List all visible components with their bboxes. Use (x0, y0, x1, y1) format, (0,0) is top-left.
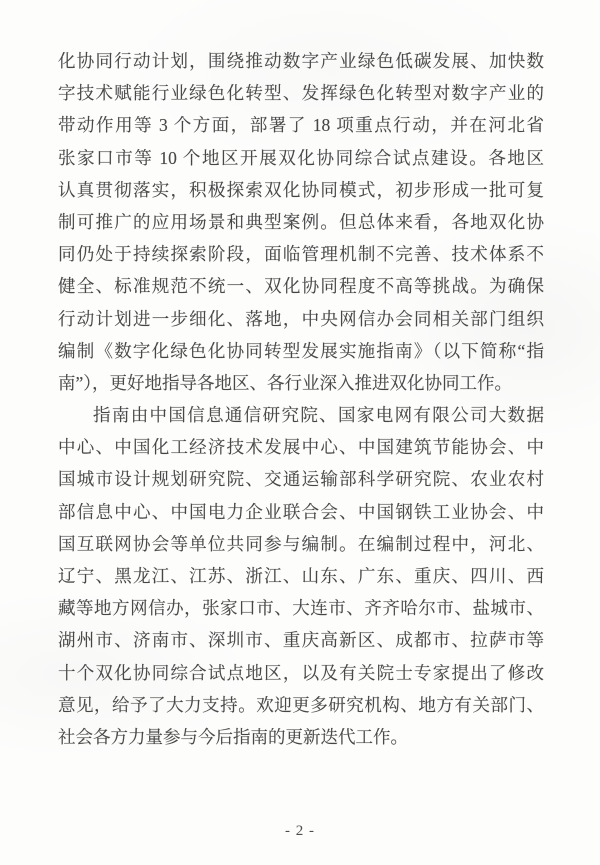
text-line: 张家口市等 10 个地区开展双化协同综合试点建设。各地区 (58, 142, 544, 174)
text-line: 意见，给予了大力支持。欢迎更多研究机构、地方有关部门、 (58, 689, 544, 721)
text-line: 健全、标准规范不统一、双化协同程度不高等挑战。为确保 (58, 270, 544, 302)
text-line: 编制《数字化绿色化协同转型发展实施指南》（以下简称“指 (58, 335, 544, 367)
text-line: 字技术赋能行业绿色化转型、发挥绿色化转型对数字产业的 (58, 77, 544, 109)
text-line: 十个双化协同综合试点地区，以及有关院士专家提出了修改 (58, 657, 544, 689)
text-line: 同仍处于持续探索阶段，面临管理机制不完善、技术体系不 (58, 238, 544, 270)
text-line: 制可推广的应用场景和典型案例。但总体来看，各地双化协 (58, 206, 544, 238)
text-line: 指南由中国信息通信研究院、国家电网有限公司大数据 (58, 399, 544, 431)
text-line: 社会各方力量参与今后指南的更新迭代工作。 (58, 721, 544, 753)
text-line: 国互联网协会等单位共同参与编制。在编制过程中，河北、 (58, 528, 544, 560)
text-line: 国城市设计规划研究院、交通运输部科学研究院、农业农村 (58, 463, 544, 495)
text-line: 部信息中心、中国电力企业联合会、中国钢铁工业协会、中 (58, 496, 544, 528)
page-number: - 2 - (0, 823, 600, 840)
text-line: 南”），更好地指导各地区、各行业深入推进双化协同工作。 (58, 367, 544, 399)
text-line: 认真贯彻落实，积极探索双化协同模式，初步形成一批可复 (58, 174, 544, 206)
text-line: 辽宁、黑龙江、江苏、浙江、山东、广东、重庆、四川、西 (58, 560, 544, 592)
text-line: 化协同行动计划，围绕推动数字产业绿色低碳发展、加快数 (58, 45, 544, 77)
text-line: 行动计划进一步细化、落地，中央网信办会同相关部门组织 (58, 303, 544, 335)
text-line: 湖州市、济南市、深圳市、重庆高新区、成都市、拉萨市等 (58, 624, 544, 656)
text-line: 带动作用等 3 个方面，部署了 18 项重点行动，并在河北省 (58, 109, 544, 141)
text-line: 藏等地方网信办，张家口市、大连市、齐齐哈尔市、盐城市、 (58, 592, 544, 624)
document-page: 化协同行动计划，围绕推动数字产业绿色低碳发展、加快数 字技术赋能行业绿色化转型、… (0, 0, 600, 865)
text-line: 中心、中国化工经济技术发展中心、中国建筑节能协会、中 (58, 431, 544, 463)
document-body: 化协同行动计划，围绕推动数字产业绿色低碳发展、加快数 字技术赋能行业绿色化转型、… (58, 45, 544, 753)
